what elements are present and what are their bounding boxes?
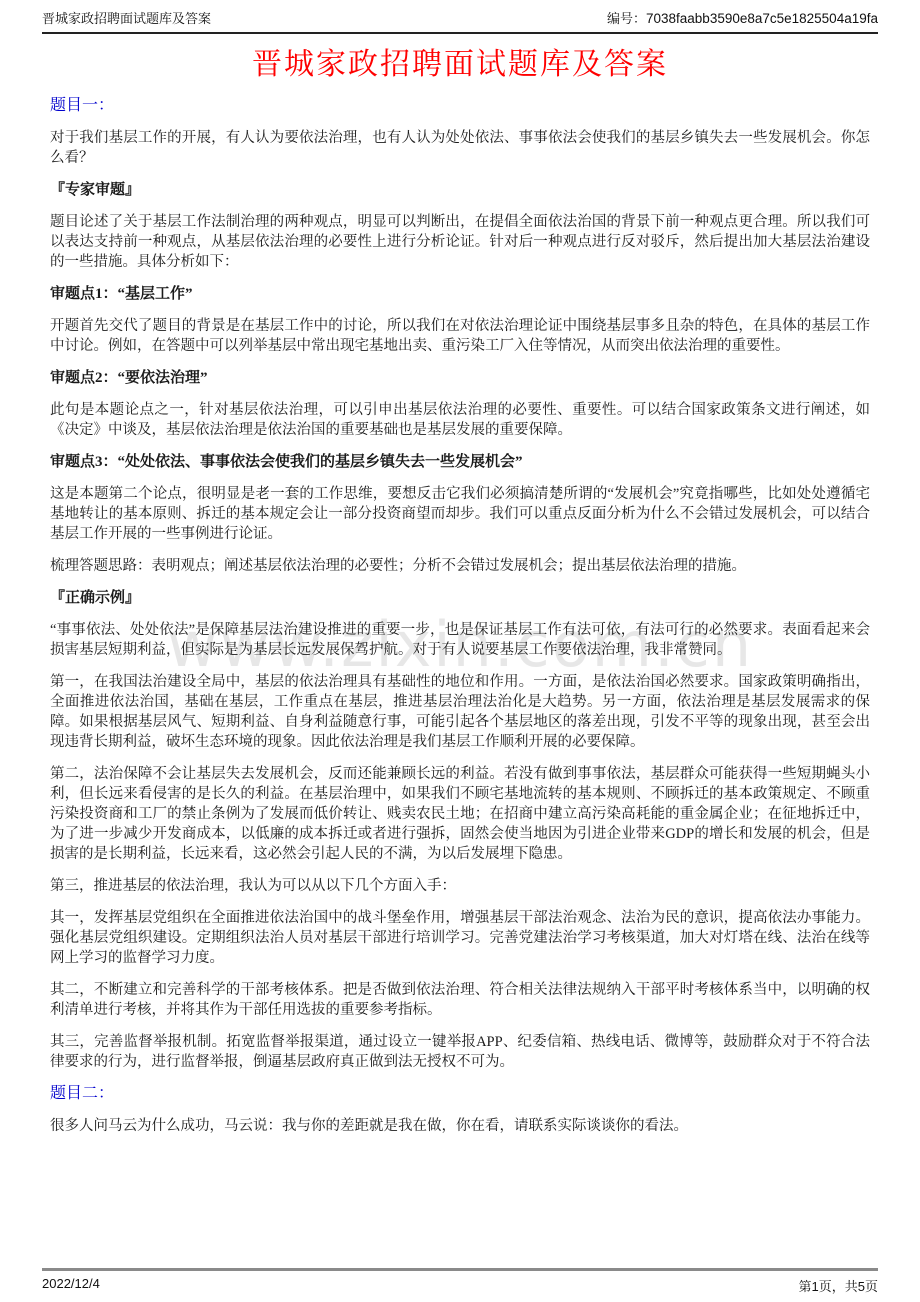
expert-review-heading: 『专家审题』: [50, 180, 870, 200]
document-page: www.zixin.com.cn 晋城家政招聘面试题库及答案 编号：7038fa…: [0, 0, 920, 1302]
answer-outline: 梳理答题思路：表明观点；阐述基层依法治理的必要性；分析不会错过发展机会；提出基层…: [50, 556, 870, 576]
header-doc-number: 编号：7038faabb3590e8a7c5e1825504a19fa: [607, 8, 878, 27]
footer-date: 2022/12/4: [42, 1276, 100, 1295]
measure-two: 其二，不断建立和完善科学的干部考核体系。把是否做到依法治理、符合相关法律法规纳入…: [50, 980, 870, 1020]
argument-second: 第二，法治保障不会让基层失去发展机会，反而还能兼顾长远的利益。若没有做到事事依法…: [50, 764, 870, 864]
expert-review-intro: 题目论述了关于基层工作法制治理的两种观点，明显可以判断出，在提倡全面依法治国的背…: [50, 212, 870, 272]
point1-body: 开题首先交代了题目的背景是在基层工作中的讨论，所以我们在对依法治理论证中围绕基层…: [50, 316, 870, 356]
question1-text: 对于我们基层工作的开展，有人认为要依法治理，也有人认为处处依法、事事依法会使我们…: [50, 128, 870, 168]
question2-text: 很多人问马云为什么成功，马云说：我与你的差距就是我在做，你在看，请联系实际谈谈你…: [50, 1116, 870, 1136]
measure-three: 其三，完善监督举报机制。拓宽监督举报渠道，通过设立一键举报APP、纪委信箱、热线…: [50, 1032, 870, 1072]
question1-label: 题目一：: [50, 96, 870, 116]
point2-heading: 审题点2：“要依法治理”: [50, 368, 870, 388]
point3-body: 这是本题第二个论点，很明显是老一套的工作思维，要想反击它我们必须搞清楚所谓的“发…: [50, 484, 870, 544]
point1-heading: 审题点1：“基层工作”: [50, 284, 870, 304]
header-doc-title: 晋城家政招聘面试题库及答案: [42, 8, 211, 27]
footer-page-info: 第1页，共5页: [799, 1276, 878, 1295]
page-title: 晋城家政招聘面试题库及答案: [0, 46, 920, 84]
correct-example-heading: 『正确示例』: [50, 588, 870, 608]
point2-body: 此句是本题论点之一，针对基层依法治理，可以引申出基层依法治理的必要性、重要性。可…: [50, 400, 870, 440]
doc-number-value: 7038faabb3590e8a7c5e1825504a19fa: [646, 11, 878, 26]
argument-first: 第一，在我国法治建设全局中，基层的依法治理具有基础性的地位和作用。一方面，是依法…: [50, 672, 870, 752]
argument-third: 第三，推进基层的依法治理，我认为可以从以下几个方面入手：: [50, 876, 870, 896]
doc-number-label: 编号：: [607, 11, 646, 26]
question2-label: 题目二：: [50, 1084, 870, 1104]
page-header: 晋城家政招聘面试题库及答案 编号：7038faabb3590e8a7c5e182…: [42, 8, 878, 34]
page-footer: 2022/12/4 第1页，共5页: [42, 1268, 878, 1295]
measure-one: 其一，发挥基层党组织在全面推进依法治国中的战斗堡垒作用，增强基层干部法治观念、法…: [50, 908, 870, 968]
correct-example-intro: “事事依法、处处依法”是保障基层法治建设推进的重要一步，也是保证基层工作有法可依…: [50, 620, 870, 660]
point3-heading: 审题点3：“处处依法、事事依法会使我们的基层乡镇失去一些发展机会”: [50, 452, 870, 472]
document-body: 题目一： 对于我们基层工作的开展，有人认为要依法治理，也有人认为处处依法、事事依…: [50, 96, 870, 1136]
